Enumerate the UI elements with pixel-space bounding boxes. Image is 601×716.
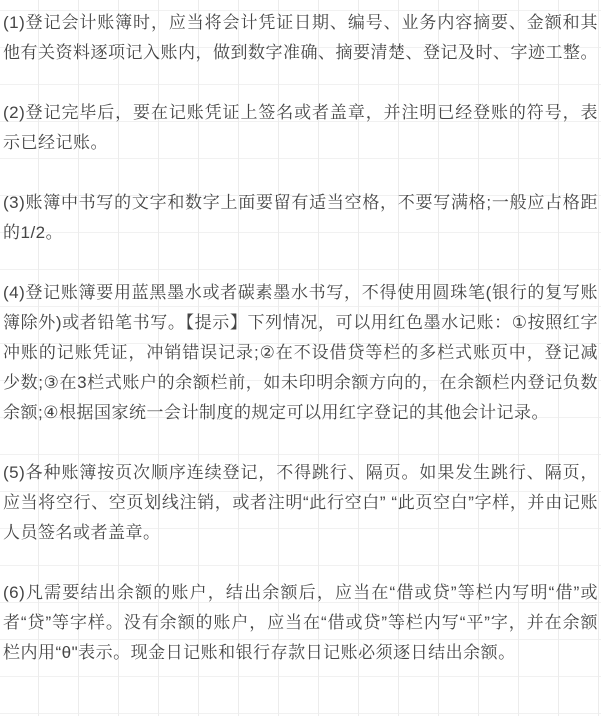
document-page: (1)登记会计账簿时，应当将会计凭证日期、编号、业务内容摘要、金额和其他有关资料…: [0, 0, 601, 716]
paragraph-3: (3)账簿中书写的文字和数字上面要留有适当空格，不要写满格;一般应占格距的1/2…: [3, 188, 598, 248]
paragraph-4: (4)登记账簿要用蓝黑墨水或者碳素墨水书写，不得使用圆珠笔(银行的复写账簿除外)…: [3, 278, 598, 428]
paragraph-5: (5)各种账簿按页次顺序连续登记，不得跳行、隔页。如果发生跳行、隔页，应当将空行…: [3, 458, 598, 548]
paragraph-6: (6)凡需要结出余额的账户，结出余额后，应当在“借或贷”等栏内写明“借”或者“贷…: [3, 578, 598, 668]
paragraph-1: (1)登记会计账簿时，应当将会计凭证日期、编号、业务内容摘要、金额和其他有关资料…: [3, 8, 598, 68]
paragraph-2: (2)登记完毕后，要在记账凭证上签名或者盖章，并注明已经登账的符号，表示已经记账…: [3, 98, 598, 158]
